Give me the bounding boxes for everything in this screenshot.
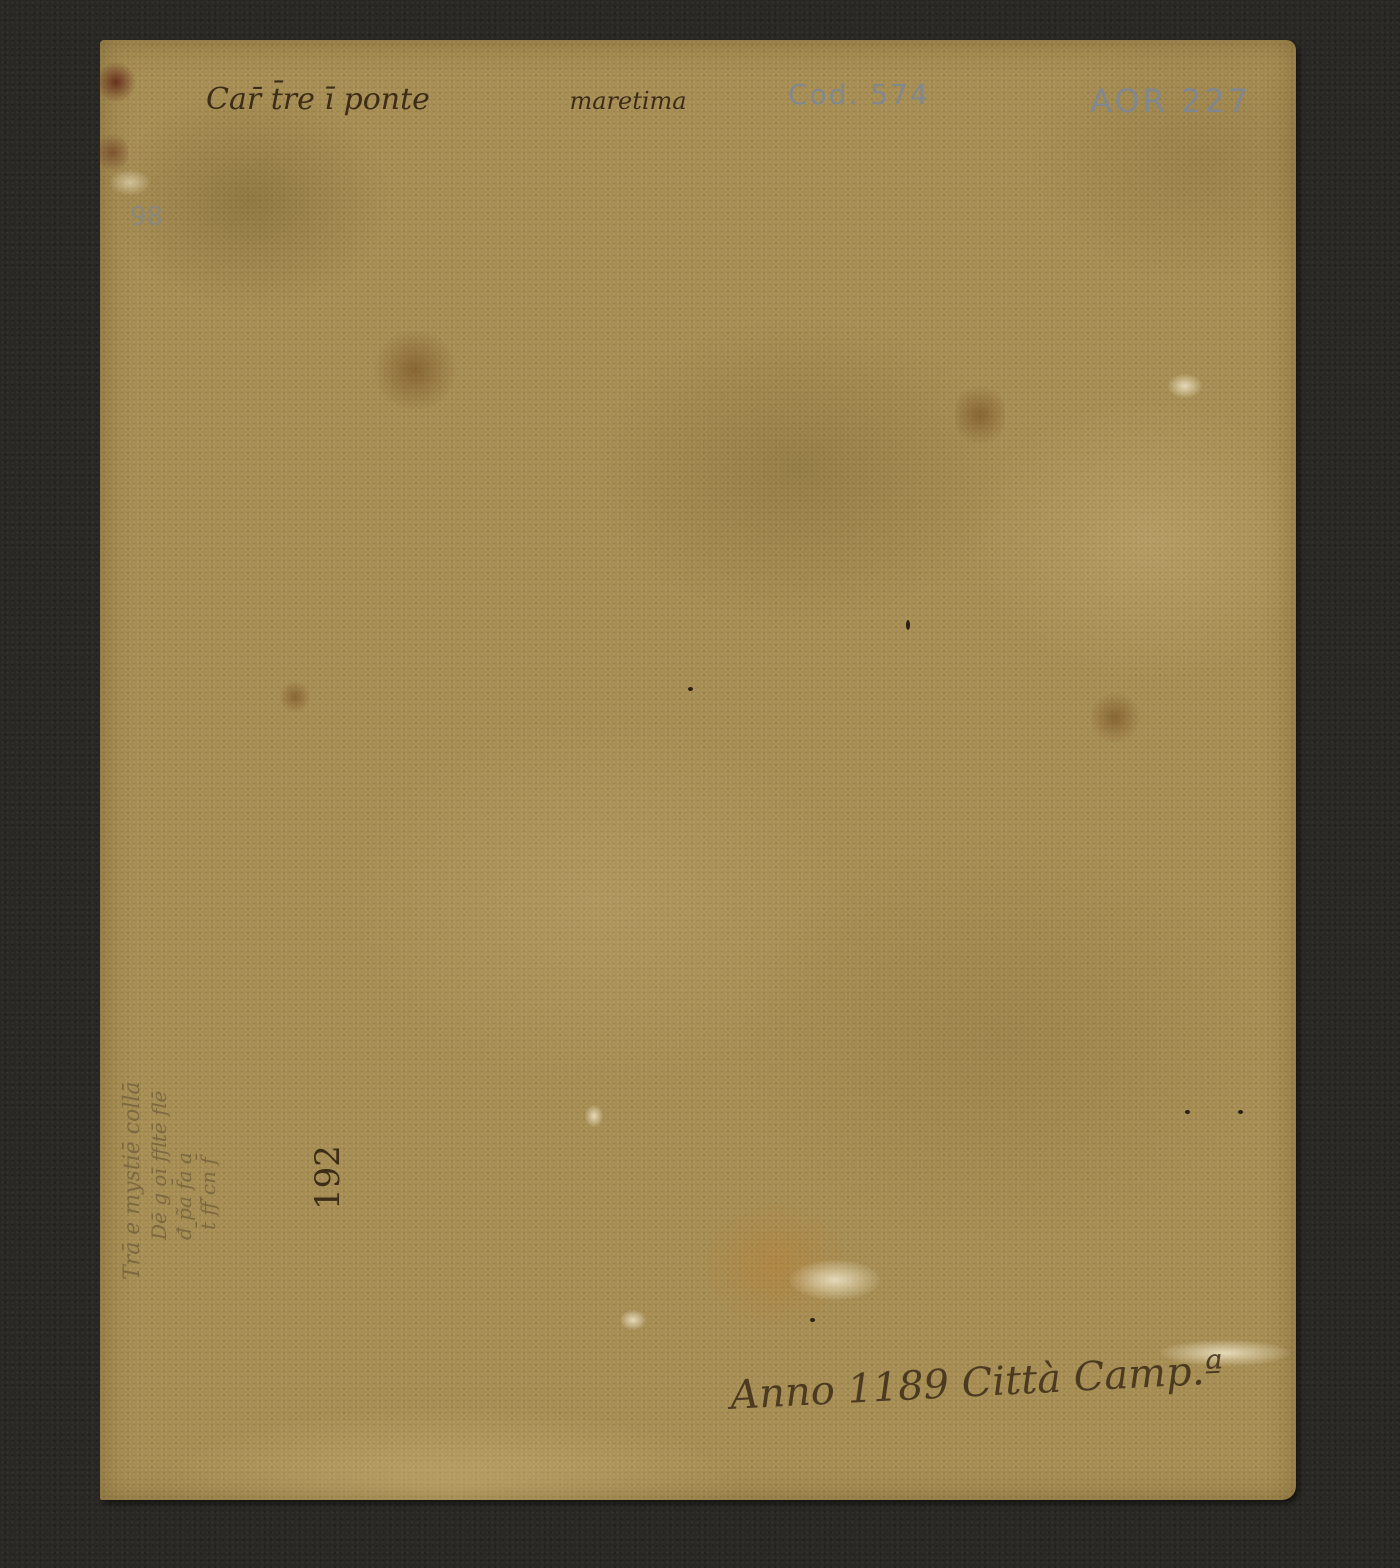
vertical-note-line-2: Dē g oī ffltē flē xyxy=(146,1041,172,1240)
parchment-sheet: Car̄ t̄re ī ponte maretima Cod. 574 AOR… xyxy=(100,40,1296,1500)
abrasion-left xyxy=(110,170,150,195)
vertical-note-line-1: Trā e mystiē collā xyxy=(120,1081,146,1280)
top-title-annotation: Car̄ t̄re ī ponte maretima xyxy=(206,82,687,117)
vertical-notes-block: Trā e mystiē collā Dē g oī ffltē flē đ… xyxy=(120,1081,220,1280)
ink-dot xyxy=(1238,1110,1243,1114)
ink-dot xyxy=(1185,1110,1190,1114)
stain-mid-right xyxy=(1090,690,1140,745)
stain-upper-right xyxy=(955,380,1005,450)
ink-dot xyxy=(810,1318,815,1322)
abrasion-lower-center xyxy=(790,1260,880,1300)
abrasion-upper-right xyxy=(1168,374,1202,398)
vertical-number-annotation: 192 xyxy=(308,1145,348,1210)
vertical-note-line-4: t̄ ff ̄cn f̄ xyxy=(196,1031,220,1230)
stain-upper-center xyxy=(370,330,460,410)
shelf-mark-annotation: Cod. 574 xyxy=(788,78,930,111)
abrasion-small xyxy=(585,1105,603,1127)
rust-stain-left-edge xyxy=(98,130,128,175)
top-title-text: Car̄ t̄re ī ponte xyxy=(206,82,430,117)
abrasion-bottom xyxy=(620,1310,646,1330)
corner-number-annotation: 98 xyxy=(130,202,163,232)
vertical-note-line-3: đ p̃a f̄a a xyxy=(172,1041,196,1240)
ink-dot xyxy=(688,687,693,691)
archive-number-annotation: AOR 227 xyxy=(1090,82,1251,120)
ink-dot xyxy=(906,620,910,630)
top-title-suffix: maretima xyxy=(569,87,686,115)
rust-stain-top-left xyxy=(96,62,136,102)
stain-mid-left xyxy=(280,680,310,714)
bottom-date-annotation: Anno 1189 Città Camp.ª xyxy=(729,1347,1224,1419)
